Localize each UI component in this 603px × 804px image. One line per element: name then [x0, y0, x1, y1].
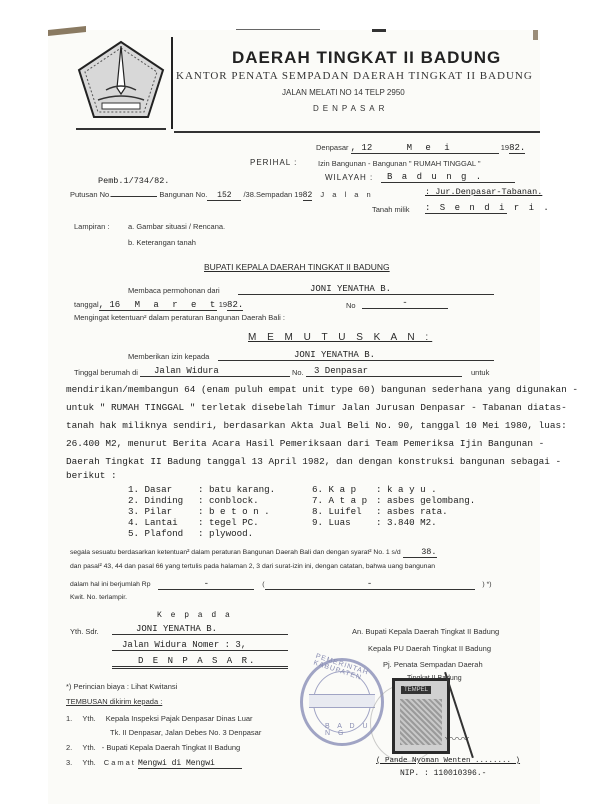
perihal-value: Izin Bangunan - Bangunan " RUMAH TINGGAL…	[318, 159, 481, 168]
construction-item-label: 2. Dinding	[128, 495, 198, 506]
date-prefix: Denpasar	[316, 143, 349, 152]
construction-item-label: 7. A t a p	[312, 495, 376, 506]
wilayah-value: B a d u n g .	[381, 172, 515, 183]
perincian-note: *) Perincian biaya : Lihat Kwitansi	[66, 682, 177, 691]
tanggal-year-prefix: 19	[219, 300, 227, 309]
putusan-row: Putusan No. Bangunan No.152 /38.Sempadan…	[70, 188, 374, 201]
permit-body-line: untuk " RUMAH TINGGAL " terletak disebel…	[66, 402, 567, 413]
cc-num: 3.	[66, 758, 72, 767]
cc-item-3: 3. Yth. Camat Mengwi di Mengwi	[66, 758, 242, 769]
tanah-value: : S e n d i r i .	[425, 203, 507, 214]
decision-title: M E M U T U S K A N :	[248, 332, 432, 343]
cc-text: - Bupati Kepala Daerah Tingkat II Badung	[102, 743, 240, 752]
amount-value: -	[158, 579, 254, 590]
letterhead-rule	[76, 128, 166, 130]
tinggal-no-value: 3 Denpasar	[306, 366, 462, 377]
cc-yth: Yth.	[82, 758, 95, 767]
putusan-line	[111, 188, 157, 197]
putusan-value: Pemb.1/734/82.	[98, 176, 169, 186]
lampiran-label: Lampiran :	[74, 222, 109, 231]
signatory-line: Kepala PU Daerah Tingkat II Badung	[368, 644, 491, 653]
conditions-line-2: dan pasal² 43, 44 dan pasal 66 yang tert…	[70, 563, 435, 570]
kwit-text: Kwit. No. terlampir.	[70, 594, 127, 601]
recipient-yth: Yth. Sdr.	[70, 627, 99, 636]
construction-item-label: 8. Luifel	[312, 506, 376, 517]
permit-body-line: Daerah Tingkat II Badung tanggal 13 Apri…	[66, 456, 561, 467]
construction-item: 4. Lantai: tegel PC.	[128, 517, 275, 528]
amount-words: -	[265, 579, 475, 590]
signatory-name: ( Pande Nyoman Wenten ........ )	[376, 757, 520, 765]
letterhead-city: DENPASAR	[313, 104, 388, 113]
tanggal-row: tanggal, 16M a r e t 1982.	[74, 300, 243, 311]
construction-item-value: : conblock.	[198, 495, 259, 506]
construction-item: 3. Pilar: b e t o n .	[128, 506, 275, 517]
construction-item: 5. Plafond: plywood.	[128, 528, 275, 539]
tembusan-title: TEMBUSAN dikirim kepada :	[66, 697, 162, 706]
signatory-line: Pj. Penata Sempadan Daerah	[383, 660, 483, 669]
putusan-label: Putusan No.	[70, 190, 111, 199]
construction-item: 9. Luas: 3.840 M2.	[312, 517, 475, 528]
permit-body-line: berikut :	[66, 470, 117, 481]
tanggal-month: M a r e t	[129, 300, 217, 311]
amount-label: dalam hal ini berjumlah Rp	[70, 581, 150, 588]
perihal-label: PERIHAL :	[250, 158, 297, 167]
permit-body-line: 26.400 M2, menurut Berita Acara Hasil Pe…	[66, 438, 544, 449]
recipient-address: Jalan Widura Nomer : 3,	[112, 640, 288, 651]
conditions-value: 38.	[403, 547, 437, 558]
conditions-line-3: dalam hal ini berjumlah Rp - (- ) *)	[70, 579, 491, 590]
cc-num: 1.	[66, 714, 72, 723]
permit-body-line: tanah hak miliknya sendiri, berdasarkan …	[66, 420, 567, 431]
tanggal-year: 82.	[227, 300, 243, 311]
construction-item: 1. Dasar: batu karang.	[128, 484, 275, 495]
revenue-stamp-label: TEMPEL	[401, 686, 431, 694]
construction-item-value: : batu karang.	[198, 484, 275, 495]
tinggal-label: Tinggal berumah di	[74, 368, 138, 377]
membaca-no-value: -	[362, 298, 448, 309]
top-edge-mark	[372, 29, 386, 32]
cc-item-1: 1. Yth. Kepala Inspeksi Pajak Denpasar D…	[66, 714, 253, 723]
letterhead-divider	[171, 37, 173, 129]
construction-item-value: : asbes gelombang.	[376, 495, 475, 506]
cc-text: Kepala Inspeksi Pajak Denpasar Dinas Lua…	[106, 714, 253, 723]
date-month: M e i	[387, 143, 499, 154]
construction-item-value: : b e t o n .	[198, 506, 270, 517]
date-line: Denpasar , 12M e i 1982.	[316, 143, 525, 154]
cc-yth: Yth.	[82, 714, 95, 723]
jalan-label: J a l a n	[320, 190, 373, 199]
cc-text: Camat	[104, 758, 136, 767]
membaca-label: Membaca permohonan dari	[128, 286, 220, 295]
cc-num: 2.	[66, 743, 72, 752]
recipient-name: JONI YENATHA B.	[112, 624, 288, 635]
tanggal-label: tanggal	[74, 300, 99, 309]
membaca-value: JONI YENATHA B.	[238, 284, 494, 295]
footnote-mark: ) *)	[482, 581, 491, 588]
badung-regency-emblem-icon	[76, 40, 166, 120]
recipient-city: D E N P A S A R.	[112, 656, 288, 669]
construction-item-value: : asbes rata.	[376, 506, 448, 517]
letterhead-office: KANTOR PENATA SEMPADAN DAERAH TINGKAT II…	[176, 70, 533, 82]
letterhead-address: JALAN MELATI NO 14 TELP 2950	[282, 88, 405, 97]
construction-item: 2. Dinding: conblock.	[128, 495, 275, 506]
bangunan-label: Bangunan No.	[159, 190, 207, 199]
cc-item-2: 2. Yth. - Bupati Kepala Daerah Tingkat I…	[66, 743, 240, 752]
lampiran-item: a. Gambar situasi / Rencana.	[128, 222, 225, 231]
cc-item-1-cont: Tk. II Denpasar, Jalan Debes No. 3 Denpa…	[110, 728, 261, 737]
authority-title: BUPATI KEPALA DAERAH TINGKAT II BADUNG	[204, 262, 390, 272]
sempadan-year: 82	[303, 191, 313, 201]
date-year-prefix: 19	[501, 143, 509, 152]
conditions-text: segala sesuatu berdasarkan ketentuan² da…	[70, 549, 401, 556]
recipient-kepada: K e p a d a	[157, 611, 232, 620]
jalan-value: : Jur.Denpasar-Tabanan.	[425, 187, 542, 197]
construction-item-value: : tegel PC.	[198, 517, 259, 528]
paper-corner-stain	[533, 30, 538, 40]
letterhead-title: DAERAH TINGKAT II BADUNG	[232, 48, 501, 68]
cc-text-underlined: Mengwi di Mengwi	[138, 759, 242, 769]
tinggal-no-label: No.	[292, 368, 304, 377]
signatory-line: An. Bupati Kepala Daerah Tingkat II Badu…	[352, 627, 499, 636]
conditions-line-1: segala sesuatu berdasarkan ketentuan² da…	[70, 547, 437, 558]
bangunan-value: 152	[207, 191, 241, 201]
kepada-value: JONI YENATHA B.	[218, 350, 494, 361]
date-year: 82.	[509, 143, 525, 154]
construction-item-value: : k a y u .	[376, 484, 437, 495]
wilayah-label: WILAYAH :	[325, 173, 373, 182]
signature-stroke: 〰〰	[445, 730, 469, 747]
top-edge-mark	[236, 29, 320, 30]
tanggal-day: , 16	[99, 300, 129, 311]
signatory-nip: NIP. : 110010396.-	[400, 769, 486, 778]
date-day: , 12	[351, 143, 387, 154]
construction-item: 7. A t a p: asbes gelombang.	[312, 495, 475, 506]
construction-item-label: 5. Plafond	[128, 528, 198, 539]
permit-body-line: mendirikan/membangun 64 (enam puluh empa…	[66, 384, 578, 395]
membaca-no-label: No	[346, 301, 356, 310]
construction-list-right: 6. K a p: k a y u .7. A t a p: asbes gel…	[312, 484, 475, 528]
mengingat-text: Mengingat ketentuan² dalam peraturan Ban…	[74, 313, 285, 322]
construction-item-label: 4. Lantai	[128, 517, 198, 528]
letterhead-rule	[174, 131, 540, 133]
sempadan-label: /38.Sempadan 19	[243, 190, 302, 199]
construction-item-label: 6. K a p	[312, 484, 376, 495]
lampiran-item: b. Keterangan tanah	[128, 238, 196, 247]
tinggal-value: Jalan Widura	[140, 366, 290, 377]
kepada-label: Memberikan izin kepada	[128, 352, 209, 361]
construction-item-value: : plywood.	[198, 528, 253, 539]
construction-list-left: 1. Dasar: batu karang.2. Dinding: conblo…	[128, 484, 275, 539]
tanah-label: Tanah milik	[372, 205, 410, 214]
construction-item: 6. K a p: k a y u .	[312, 484, 475, 495]
cc-yth: Yth.	[82, 743, 95, 752]
construction-item-label: 9. Luas	[312, 517, 376, 528]
construction-item: 8. Luifel: asbes rata.	[312, 506, 475, 517]
untuk-label: untuk	[471, 368, 489, 377]
construction-item-label: 3. Pilar	[128, 506, 198, 517]
construction-item-value: : 3.840 M2.	[376, 517, 437, 528]
revenue-stamp: TEMPEL	[392, 678, 450, 754]
construction-item-label: 1. Dasar	[128, 484, 198, 495]
